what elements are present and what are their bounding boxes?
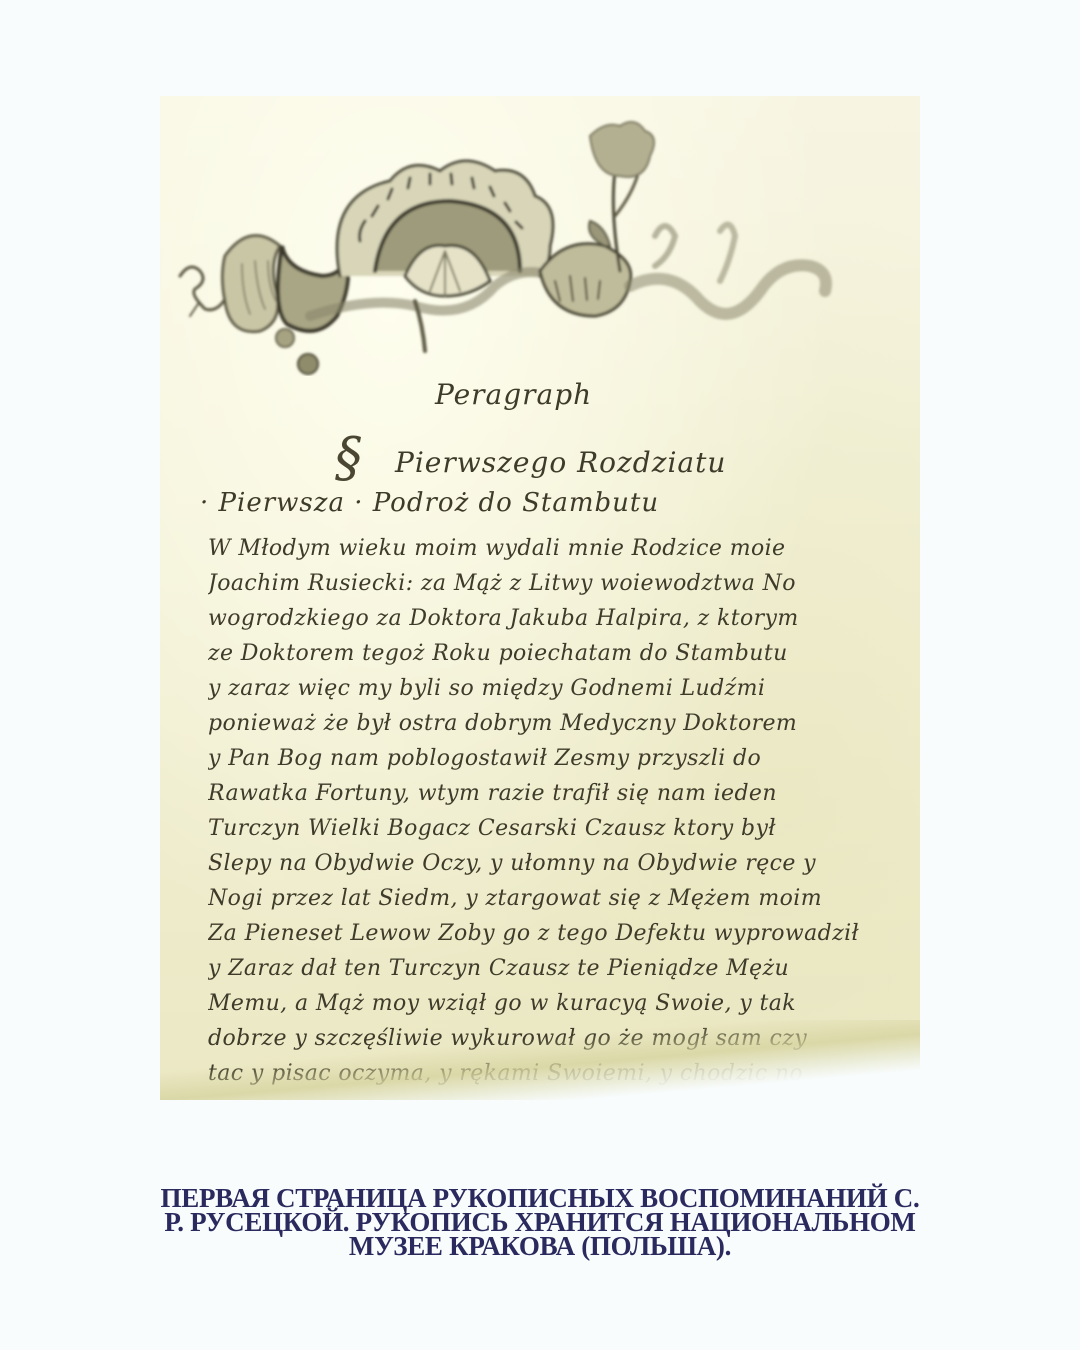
manuscript-line: Nogi przez lat Siedm, y ztargowat się z … [208,881,898,916]
manuscript-line: W Młodym wieku moim wydali mnie Rodzice … [208,531,898,566]
manuscript-line: Za Pieneset Lewow Zoby go z tego Defektu… [208,916,898,951]
rococo-ornament-icon [160,96,920,376]
manuscript-line: wogrodzkiego za Doktora Jakuba Halpira, … [208,601,898,636]
caption-line-3: МУЗЕЕ КРАКОВА (ПОЛЬША). [100,1234,980,1258]
manuscript-heading-chapter: Pierwszego Rozdziatu [395,446,726,479]
manuscript-heading-journey: · Pierwsza · Podroż do Stambutu [200,488,659,518]
manuscript-line: ponieważ że był ostra dobrym Medyczny Do… [208,706,898,741]
manuscript-line: y zaraz więc my byli so między Godnemi L… [208,671,898,706]
manuscript-heading-peragraph: Peragraph [435,378,592,411]
manuscript-page-image: Peragraph § Pierwszego Rozdziatu · Pierw… [160,96,920,1100]
image-caption: ПЕРВАЯ СТРАНИЦА РУКОПИСНЫХ ВОСПОМИНАНИЙ … [100,1186,980,1258]
manuscript-line: Slepy na Obydwie Oczy, y ułomny na Obydw… [208,846,898,881]
manuscript-line: ze Doktorem tegoż Roku poiechatam do Sta… [208,636,898,671]
manuscript-line: dobrze y szczęśliwie wykurował go że mog… [208,1021,898,1056]
manuscript-line: Rawatka Fortuny, wtym razie trafił się n… [208,776,898,811]
manuscript-line: y Zaraz dał ten Turczyn Czausz te Pienią… [208,951,898,986]
manuscript-line: Memu, a Mąż moy wziął go w kuracyą Swoie… [208,986,898,1021]
manuscript-line: y Pan Bog nam poblogostawił Zesmy przysz… [208,741,898,776]
manuscript-line: tac y pisac oczyma, y rękami Swoiemi, y … [208,1056,898,1091]
manuscript-line: Joachim Rusiecki: za Mąż z Litwy woiewod… [208,566,898,601]
section-mark-symbol: § [335,426,363,489]
manuscript-body-text: W Młodym wieku moim wydali mnie Rodzice … [208,531,898,1091]
manuscript-line: Turczyn Wielki Bogacz Cesarski Czausz kt… [208,811,898,846]
